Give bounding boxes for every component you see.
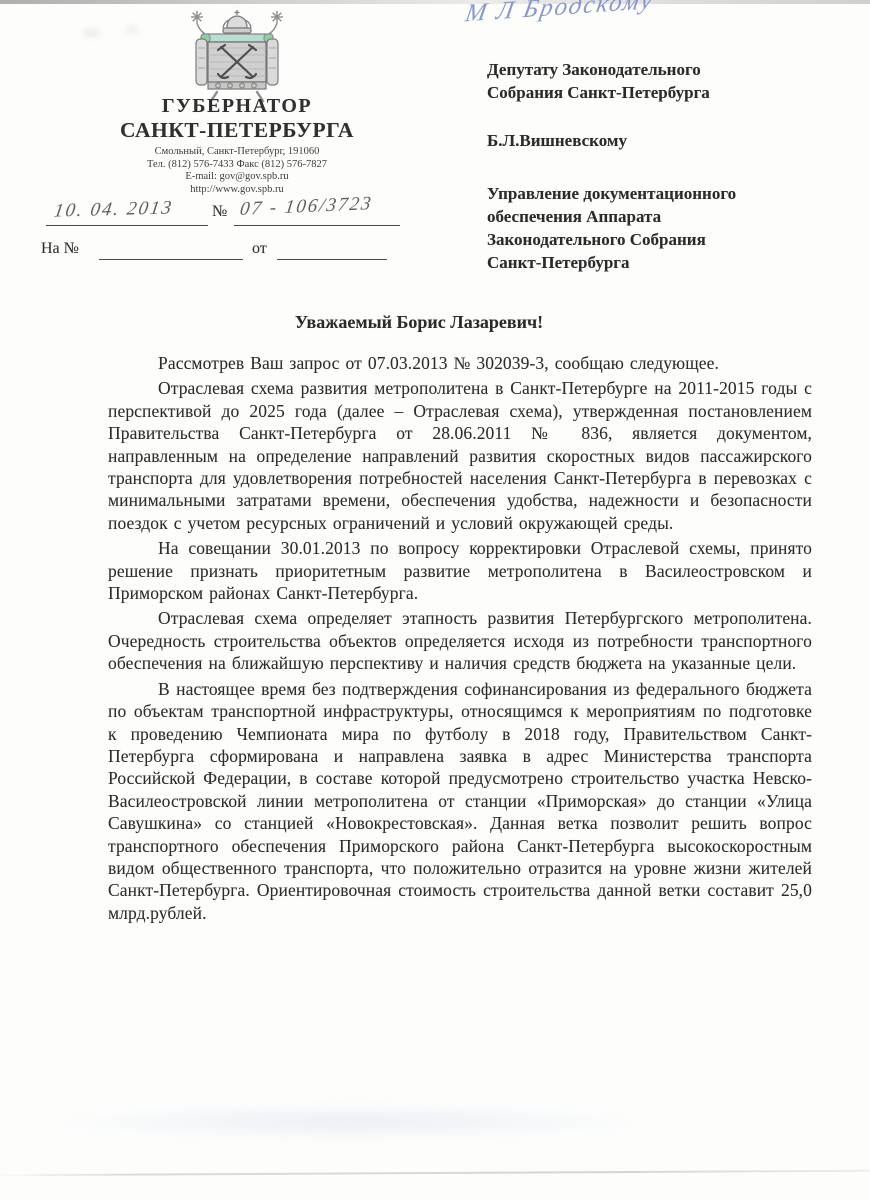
- addressee-line: Депутату Законодательного: [487, 58, 827, 81]
- handwritten-outgoing-number: 07 - 106/3723: [239, 193, 374, 221]
- number-sign-label: №: [212, 203, 227, 221]
- spb-coat-of-arms-icon: [183, 8, 291, 104]
- body-paragraph: На совещании 30.01.2013 по вопросу корре…: [108, 537, 812, 604]
- number-underline: [234, 225, 400, 226]
- letter-body: Рассмотрев Ваш запрос от 07.03.2013 № 30…: [108, 352, 812, 924]
- scan-haze-artifact: [40, 1102, 660, 1142]
- pencil-smudge: [126, 26, 138, 34]
- letterhead-subtitle: САНКТ-ПЕТЕРБУРГА: [28, 118, 446, 143]
- body-paragraph: Рассмотрев Ваш запрос от 07.03.2013 № 30…: [108, 352, 812, 374]
- letterhead-contacts: Смольный, Санкт-Петербург, 191060 Тел. (…: [28, 146, 446, 196]
- reply-from-label: от: [252, 240, 267, 258]
- body-paragraph: Отраслевая схема определяет этапность ра…: [108, 607, 812, 674]
- letterhead-phone-fax: Тел. (812) 576-7433 Факс (812) 576-7827: [28, 159, 446, 172]
- letterhead-title: ГУБЕРНАТОР: [28, 95, 446, 118]
- scan-crease-line: [0, 1170, 870, 1177]
- handwritten-date: 10. 04. 2013: [52, 197, 174, 222]
- spacer: [487, 104, 827, 129]
- scan-top-edge-artifact: [0, 0, 870, 4]
- addressee-name: Б.Л.Вишневскому: [487, 129, 827, 152]
- handwritten-routing-note: М Л Бродскому: [463, 0, 656, 28]
- body-paragraph: В настоящее время без подтверждения софи…: [108, 678, 812, 924]
- letterhead-website: http://www.gov.spb.ru: [28, 184, 446, 197]
- addressee-office-line: Санкт-Петербурга: [487, 251, 827, 274]
- addressee-office-line: обеспечения Аппарата: [487, 205, 827, 228]
- spacer: [487, 152, 827, 182]
- body-paragraph: Отраслевая схема развития метрополитена …: [108, 377, 812, 534]
- reply-date-underline: [277, 259, 387, 260]
- scanned-letter-page: { "handwritten_note": "М Л Бродскому", "…: [0, 0, 870, 1200]
- salutation: Уважаемый Борис Лазаревич!: [108, 312, 730, 333]
- letterhead-address: Смольный, Санкт-Петербург, 191060: [28, 146, 446, 159]
- date-underline: [46, 225, 208, 226]
- reply-to-label: На №: [41, 240, 79, 258]
- reply-number-underline: [99, 259, 243, 260]
- pencil-smudge: [82, 28, 100, 38]
- addressee-line: Собрания Санкт-Петербурга: [487, 81, 827, 104]
- addressee-office-line: Законодательного Собрания: [487, 228, 827, 251]
- addressee-block: Депутату Законодательного Собрания Санкт…: [487, 58, 827, 274]
- addressee-office-line: Управление документационного: [487, 182, 827, 205]
- letterhead-email: E-mail: gov@gov.spb.ru: [28, 171, 446, 184]
